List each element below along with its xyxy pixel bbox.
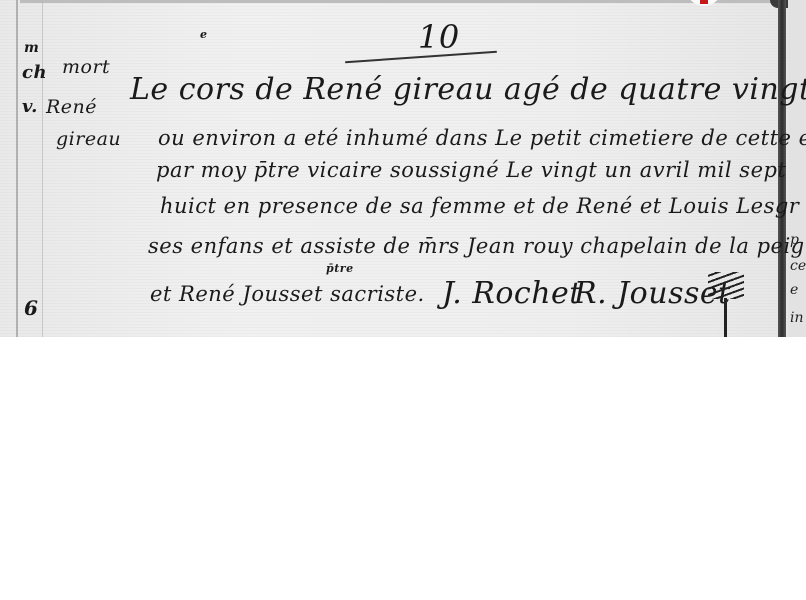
- page-top-edge: [20, 0, 780, 3]
- margin-letter: m: [24, 40, 39, 56]
- page-left-border: [16, 0, 18, 337]
- signature-flourish-tail: [724, 298, 727, 337]
- superscript: e: [200, 28, 208, 41]
- entry-line-5: ses enfans et assiste de m̄rs Jean rouy …: [148, 234, 806, 258]
- signature-rochet: J. Rochet: [442, 276, 582, 311]
- margin-rule: [42, 0, 43, 337]
- margin-letter: v.: [22, 96, 38, 117]
- entry-line-2: ou environ a eté inhumé dans Le petit ci…: [158, 126, 806, 150]
- next-page-fragment: p ce e in: [788, 0, 806, 337]
- entry-line-3: par moy p̄tre vicaire soussigné Le vingt…: [156, 158, 786, 182]
- superscript: p̄tre: [326, 262, 354, 275]
- margin-note-line: mort: [62, 56, 110, 78]
- margin-note-line: René: [46, 96, 97, 118]
- margin-note-line: gireau: [56, 128, 121, 150]
- entry-line-1: Le cors de René gireau agé de quatre vin…: [130, 72, 806, 107]
- next-page-text: in: [790, 310, 804, 326]
- next-page-text: e: [790, 282, 798, 298]
- folio-number: 10: [418, 18, 460, 56]
- margin-letter: 6: [24, 296, 38, 320]
- margin-letter: ch: [22, 62, 47, 83]
- scanned-register-page: p ce e in m ch v. 6 mort René gireau 10 …: [0, 0, 806, 337]
- entry-line-4: huict en presence de sa femme et de René…: [160, 194, 799, 218]
- next-page-text: ce: [790, 258, 806, 274]
- blank-area: [0, 337, 806, 600]
- entry-line-6: et René Jousset sacriste.: [150, 282, 425, 306]
